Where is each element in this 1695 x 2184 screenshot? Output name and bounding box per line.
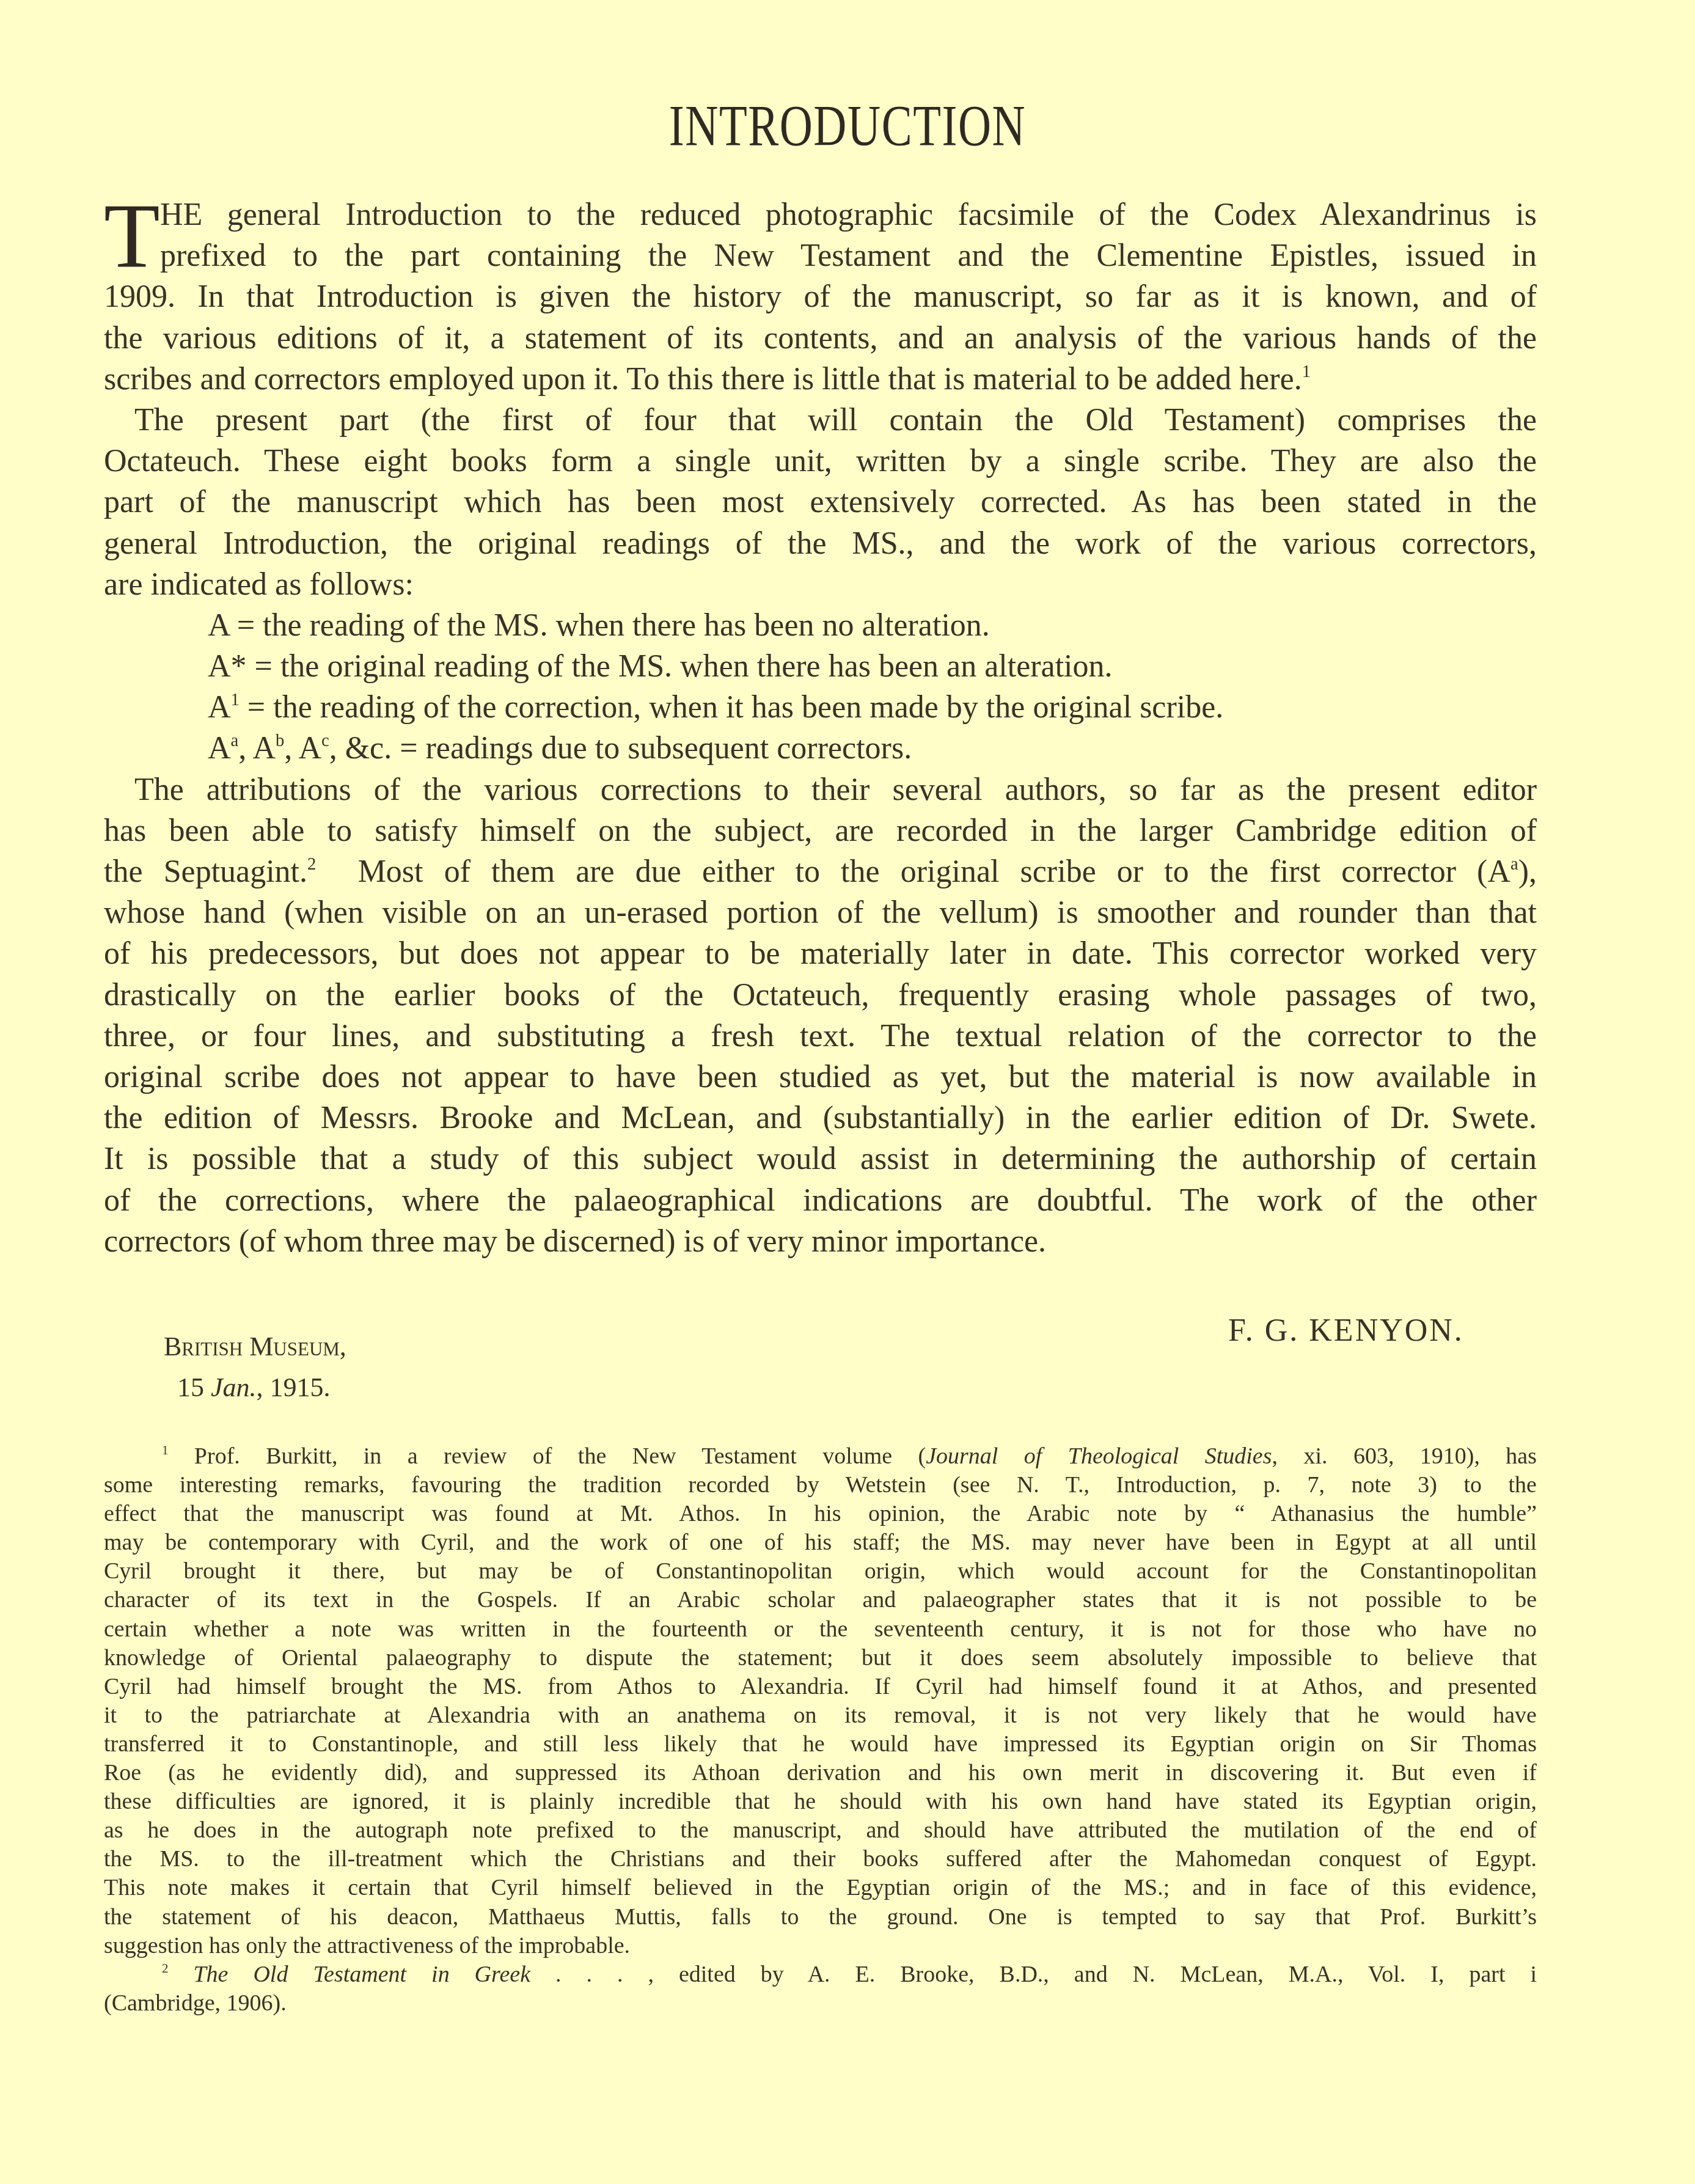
text-line: effect that the manuscript was found at …: [104, 1500, 1537, 1528]
page-title: INTRODUCTION: [186, 92, 1509, 159]
siglum-superscript: 1: [231, 691, 240, 709]
text-line: This note makes it certain that Cyril hi…: [104, 1874, 1537, 1902]
siglum-symbol: A: [208, 690, 231, 725]
text-line: The present part (the first of four that…: [104, 400, 1537, 441]
text-line: these difficulties are ignored, it is pl…: [104, 1787, 1537, 1816]
text-span: Most of them are due either to the origi…: [358, 854, 1510, 889]
text-line: the various editions of it, a statement …: [104, 318, 1537, 359]
text-line: the edition of Messrs. Brooke and McLean…: [104, 1097, 1537, 1138]
signoff-place: British Museum,: [164, 1331, 346, 1362]
text-span: ),: [1518, 854, 1537, 889]
date-month: Jan.: [211, 1372, 257, 1402]
text-line: Cyril had himself brought the MS. from A…: [104, 1673, 1537, 1701]
siglum-text: , A: [238, 731, 276, 766]
text-line: transferred it to Constantinople, and st…: [104, 1730, 1537, 1759]
paragraph-3: The attributions of the various correcti…: [104, 769, 1537, 1262]
text-line: drastically on the earlier books of the …: [104, 975, 1537, 1016]
text-line: Octateuch. These eight books form a sing…: [104, 441, 1537, 482]
text-line: HE general Introduction to the reduced p…: [104, 194, 1537, 235]
text-line: character of its text in the Gospels. If…: [104, 1586, 1537, 1614]
siglum-item: A1 = the reading of the correction, when…: [104, 687, 1537, 728]
text-span: the Septuagint.: [104, 854, 307, 889]
siglum-text: = the reading of the correction, when it…: [240, 690, 1223, 725]
siglum-text: , &c. = readings due to subsequent corre…: [329, 731, 912, 766]
text-line: Cyril brought it there, but may be of Co…: [104, 1557, 1537, 1586]
siglum-superscript: c: [321, 731, 329, 750]
text-span: Prof. Burkitt, in a review of the New Te…: [194, 1443, 926, 1469]
siglum-text: = the reading of the MS. when there has …: [229, 608, 990, 643]
siglum-symbol: A: [208, 608, 229, 643]
siglum-item: A* = the original reading of the MS. whe…: [104, 646, 1537, 687]
footnote-marker: 2: [162, 1961, 168, 1976]
footnote-marker: 1: [162, 1443, 168, 1457]
text-line: the MS. to the ill-treatment which the C…: [104, 1845, 1537, 1874]
siglum-superscript: a: [1510, 855, 1518, 874]
text-span: scribes and correctors employed upon it.…: [104, 362, 1302, 397]
date-year: , 1915.: [257, 1372, 331, 1402]
siglum-text: = the original reading of the MS. when t…: [247, 649, 1113, 684]
text-line: has been able to satisfy himself on the …: [104, 810, 1537, 851]
siglum-symbol: A: [208, 731, 231, 766]
text-line: are indicated as follows:: [104, 564, 1537, 605]
text-line: as he does in the autograph note prefixe…: [104, 1816, 1537, 1845]
text-line: the statement of his deacon, Matthaeus M…: [104, 1903, 1537, 1932]
siglum-symbol: A*: [208, 649, 247, 684]
author-signature: F. G. KENYON.: [1228, 1313, 1464, 1349]
sigla-list: A = the reading of the MS. when there ha…: [104, 605, 1537, 769]
text-line: part of the manuscript which has been mo…: [104, 482, 1537, 522]
text-line: may be contemporary with Cyril, and the …: [104, 1528, 1537, 1557]
text-line: whose hand (when visible on an un-erased…: [104, 892, 1537, 933]
text-line: prefixed to the part containing the New …: [104, 235, 1537, 276]
footnote-2: 2 The Old Testament in Greek . . . , edi…: [104, 1960, 1537, 2018]
text-line: 1 Prof. Burkitt, in a review of the New …: [104, 1442, 1537, 1471]
text-line: 1909. In that Introduction is given the …: [104, 276, 1537, 317]
siglum-superscript: b: [276, 731, 284, 750]
text-line: (Cambridge, 1906).: [104, 1989, 1537, 2018]
paragraph-1: T HE general Introduction to the reduced…: [104, 194, 1537, 400]
text-line: correctors (of whom three may be discern…: [104, 1221, 1537, 1262]
signoff-date: 15 Jan., 1915.: [177, 1372, 331, 1403]
siglum-item: A = the reading of the MS. when there ha…: [104, 605, 1537, 646]
text-line: some interesting remarks, favouring the …: [104, 1471, 1537, 1500]
footnote-ref-1[interactable]: 1: [1302, 362, 1311, 381]
text-line: scribes and correctors employed upon it.…: [104, 359, 1537, 400]
text-line: it to the patriarchate at Alexandria wit…: [104, 1701, 1537, 1730]
footnotes: 1 Prof. Burkitt, in a review of the New …: [104, 1442, 1537, 2018]
text-line: certain whether a note was written in th…: [104, 1615, 1537, 1644]
text-line: original scribe does not appear to have …: [104, 1057, 1537, 1097]
text-line: general Introduction, the original readi…: [104, 523, 1537, 564]
text-line: 2 The Old Testament in Greek . . . , edi…: [104, 1960, 1537, 1989]
text-line: It is possible that a study of this subj…: [104, 1138, 1537, 1179]
journal-title: Journal of Theological Studies: [926, 1443, 1272, 1469]
text-line: knowledge of Oriental palaeography to di…: [104, 1644, 1537, 1673]
text-line: three, or four lines, and substituting a…: [104, 1016, 1537, 1057]
text-line: the Septuagint.2 Most of them are due ei…: [104, 851, 1537, 892]
footnote-ref-2[interactable]: 2: [307, 855, 316, 874]
introduction-body: T HE general Introduction to the reduced…: [104, 194, 1537, 1262]
siglum-text: , A: [284, 731, 321, 766]
text-span: , xi. 603, 1910), has: [1272, 1443, 1537, 1469]
text-line: Roe (as he evidently did), and suppresse…: [104, 1759, 1537, 1787]
text-line: suggestion has only the attractiveness o…: [104, 1932, 1537, 1960]
paragraph-2: The present part (the first of four that…: [104, 400, 1537, 605]
date-day: 15: [177, 1372, 204, 1402]
text-line: of his predecessors, but does not appear…: [104, 933, 1537, 974]
footnote-1: 1 Prof. Burkitt, in a review of the New …: [104, 1442, 1537, 1960]
siglum-superscript: a: [231, 731, 239, 750]
book-title: The Old Testament in Greek: [193, 1962, 530, 1987]
text-span: . . . , edited by A. E. Brooke, B.D., an…: [530, 1962, 1537, 1987]
text-line: of the corrections, where the palaeograp…: [104, 1180, 1537, 1221]
siglum-item: Aa, Ab, Ac, &c. = readings due to subseq…: [104, 728, 1537, 769]
text-line: The attributions of the various correcti…: [104, 769, 1537, 810]
drop-cap: T: [104, 199, 160, 273]
